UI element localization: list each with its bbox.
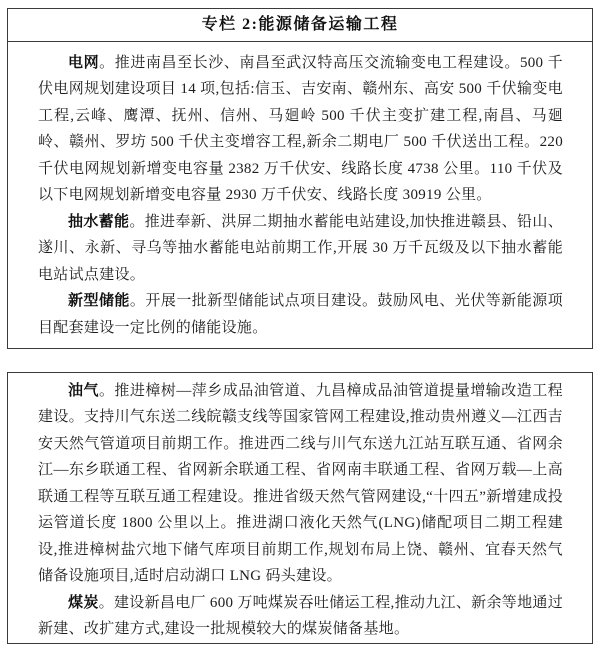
infobox-oil-gas-coal: 油气。推进樟树—萍乡成品油管道、九昌樟成品油管道提量增输改造工程建设。支持川气东… <box>7 372 593 644</box>
paragraph-oil-gas: 油气。推进樟树—萍乡成品油管道、九昌樟成品油管道提量增输改造工程建设。支持川气东… <box>38 378 563 590</box>
infobox-body-bottom: 油气。推进樟树—萍乡成品油管道、九昌樟成品油管道提量增输改造工程建设。支持川气东… <box>8 373 592 643</box>
paragraph-new-energy-storage-lead: 新型储能 <box>68 293 130 309</box>
infobox-body-top: 电网。推进南昌至长沙、南昌至武汉特高压交流输变电工程建设。500 千伏电网规划建… <box>8 42 592 341</box>
paragraph-coal-text: 。建设新昌电厂 600 万吨煤炭吞吐储运工程,推动九江、新余等地通过新建、改扩建… <box>38 595 563 637</box>
paragraph-coal-lead: 煤炭 <box>68 595 99 611</box>
paragraph-new-energy-storage: 新型储能。开展一批新型储能试点项目建设。鼓励风电、光伏等新能源项目配套建设一定比… <box>38 288 563 341</box>
paragraph-pumped-storage: 抽水蓄能。推进奉新、洪屏二期抽水蓄能电站建设,加快推进赣县、铅山、遂川、永新、寻… <box>38 209 563 288</box>
infobox-title: 专栏 2:能源储备运输工程 <box>8 9 592 42</box>
paragraph-power-grid-lead: 电网 <box>68 55 99 71</box>
paragraph-oil-gas-lead: 油气 <box>68 383 99 399</box>
document-page: 专栏 2:能源储备运输工程 电网。推进南昌至长沙、南昌至武汉特高压交流输变电工程… <box>0 0 601 654</box>
paragraph-power-grid-text: 。推进南昌至长沙、南昌至武汉特高压交流输变电工程建设。500 千伏电网规划建设项… <box>38 55 563 203</box>
paragraph-coal: 煤炭。建设新昌电厂 600 万吨煤炭吞吐储运工程,推动九江、新余等地通过新建、改… <box>38 590 563 643</box>
paragraph-power-grid: 电网。推进南昌至长沙、南昌至武汉特高压交流输变电工程建设。500 千伏电网规划建… <box>38 50 563 209</box>
infobox-energy-storage-transport: 专栏 2:能源储备运输工程 电网。推进南昌至长沙、南昌至武汉特高压交流输变电工程… <box>7 8 593 349</box>
paragraph-pumped-storage-lead: 抽水蓄能 <box>68 214 129 230</box>
paragraph-oil-gas-text: 。推进樟树—萍乡成品油管道、九昌樟成品油管道提量增输改造工程建设。支持川气东送二… <box>38 383 563 584</box>
